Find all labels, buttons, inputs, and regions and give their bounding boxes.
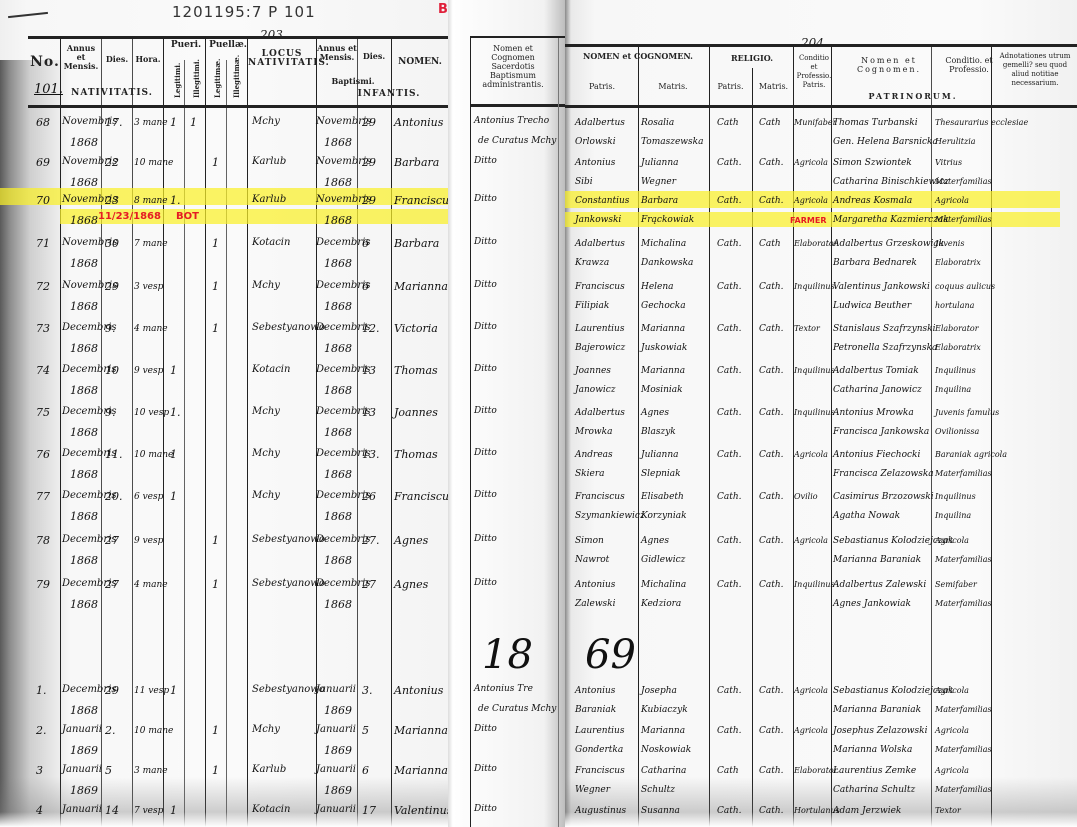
entry-number: 70 — [36, 194, 50, 207]
father-religion: Cath. — [717, 366, 742, 376]
birth-hour: 8 mane — [134, 196, 168, 206]
godfather-name: Adalbertus Tomiak — [833, 366, 919, 376]
father-first-name: Franciscus — [575, 766, 625, 776]
godmother-occupation: Materfamilias — [935, 555, 992, 564]
birth-day: 5 — [105, 764, 112, 777]
header-nomen: NOMEN. — [392, 58, 448, 67]
girl-legitimate: 1 — [212, 764, 219, 777]
baptism-month: Januarii — [316, 804, 356, 815]
father-religion: Cath — [717, 118, 739, 128]
godmother-occupation: Materfamilias — [935, 745, 992, 754]
infant-name: Marianna — [394, 280, 448, 293]
entry-number: 73 — [36, 322, 50, 335]
mother-religion: Cath. — [759, 196, 784, 206]
mother-surname: Schultz — [641, 785, 675, 795]
baptism-day: 29 — [362, 156, 376, 169]
priest-name: Ditto — [474, 724, 497, 734]
priest-name: Antonius Tre — [474, 684, 533, 694]
boy-legitimate: 1 — [170, 490, 177, 503]
birthplace: Mchy — [252, 490, 280, 501]
girl-legitimate: 1 — [212, 578, 219, 591]
boy-legitimate: 1 — [170, 364, 177, 377]
father-surname: Bajerowicz — [575, 343, 625, 353]
column-rule — [247, 38, 248, 827]
father-religion: Cath. — [717, 686, 742, 696]
godmother-name: Francisca Zelazowska — [833, 469, 934, 479]
header-nativitatis: NATIVITATIS. — [62, 89, 162, 98]
birthplace: Mchy — [252, 116, 280, 127]
baptism-year: 1868 — [324, 510, 352, 523]
godmother-occupation: Materfamilias — [935, 177, 992, 186]
mother-surname: Gidlewicz — [641, 555, 685, 565]
infant-name: Agnes — [394, 534, 428, 547]
priest-name: Ditto — [474, 194, 497, 204]
birth-hour: 6 vesp — [134, 492, 163, 502]
column-rule — [558, 38, 559, 827]
infant-name: Marianna — [394, 724, 448, 737]
baptism-year: 1868 — [324, 554, 352, 567]
godfather-name: Adam Jerzwiek — [833, 806, 901, 816]
header-locus: LOCUS NATIVITATIS. — [248, 50, 316, 68]
mother-first-name: Susanna — [641, 806, 680, 816]
girl-legitimate: 1 — [212, 156, 219, 169]
year-1869-left: 18 — [482, 632, 533, 678]
boy-illegitimate: 1 — [190, 116, 197, 129]
baptism-day: 12. — [362, 322, 380, 335]
father-first-name: Franciscus — [575, 282, 625, 292]
godfather-occupation: coquus aulicus — [935, 282, 995, 291]
header-bapt-annus: Annus et Mensis. — [316, 44, 358, 62]
column-rule — [752, 68, 753, 827]
column-rule — [831, 46, 832, 827]
godmother-name: Marianna Wolska — [833, 745, 912, 755]
infant-name: Franciscus — [394, 490, 448, 503]
birth-day: 30 — [105, 237, 119, 250]
header-patrini-conditio: Conditio. et Professio. — [945, 56, 993, 74]
father-religion: Cath. — [717, 806, 742, 816]
father-first-name: Adalbertus — [575, 408, 625, 418]
entry-number: 2. — [36, 724, 47, 737]
godmother-name: Agnes Jankowiak — [833, 599, 911, 609]
father-occupation: Munifaber — [794, 118, 836, 127]
baptism-year: 1869 — [324, 744, 352, 757]
godmother-name: Catharina Binischkiewicz — [833, 177, 949, 187]
godmother-name: Marianna Baraniak — [833, 705, 921, 715]
entry-number: 77 — [36, 490, 50, 503]
entry-number: 3 — [36, 764, 43, 777]
godmother-occupation: Materfamilias — [935, 215, 992, 224]
mother-surname: Slepniak — [641, 469, 681, 479]
entry-number: 72 — [36, 280, 50, 293]
godmother-name: Marianna Baraniak — [833, 555, 921, 565]
baptism-day: 5 — [362, 724, 369, 737]
red-note-code: BOT — [176, 211, 199, 222]
header-rel-matris: Matris. — [752, 82, 795, 91]
birth-day: 29 — [105, 684, 119, 697]
godmother-name: Barbara Bednarek — [833, 258, 917, 268]
birth-hour: 10 mane — [134, 158, 173, 168]
father-surname: Wegner — [575, 785, 610, 795]
birthplace: Karlub — [252, 156, 286, 167]
mother-surname: Dankowska — [641, 258, 693, 268]
mother-first-name: Michalina — [641, 580, 686, 590]
header-legitimi: Legitimi. — [173, 64, 182, 98]
mother-religion: Cath. — [759, 492, 784, 502]
birthplace: Karlub — [252, 194, 286, 205]
godfather-occupation: Agricola — [935, 686, 969, 695]
girl-legitimate: 1 — [212, 322, 219, 335]
baptism-year: 1868 — [324, 257, 352, 270]
father-religion: Cath. — [717, 450, 742, 460]
entry-number: 1. — [36, 684, 47, 697]
baptism-day: 29 — [362, 194, 376, 207]
birth-hour: 4 mane — [134, 580, 168, 590]
godfather-name: Antonius Fiechocki — [833, 450, 920, 460]
baptism-year: 1868 — [324, 136, 352, 149]
godmother-name: Ludwica Beuther — [833, 301, 911, 311]
birth-year: 1868 — [70, 554, 98, 567]
header-infantis: INFANTIS. — [330, 90, 448, 99]
mother-surname: Noskowiak — [641, 745, 691, 755]
father-religion: Cath. — [717, 239, 742, 249]
girl-legitimate: 1 — [212, 724, 219, 737]
birth-hour: 3 mane — [134, 118, 168, 128]
mother-first-name: Elisabeth — [641, 492, 684, 502]
birth-year: 1868 — [70, 257, 98, 270]
priest-column-strip: Nomen et Cognomen Sacerdotis Baptismum a… — [460, 0, 565, 827]
infant-name: Marianna — [394, 764, 448, 777]
birthplace: Sebestyanowo — [252, 534, 325, 545]
father-first-name: Adalbertus — [575, 239, 625, 249]
baptism-day: 13. — [362, 448, 380, 461]
father-surname: Jankowski — [575, 215, 621, 225]
boy-legitimate: 1. — [170, 194, 181, 207]
infant-name: Joannes — [394, 406, 438, 419]
priest-name: Ditto — [474, 322, 497, 332]
godmother-occupation: Materfamilias — [935, 705, 992, 714]
mother-surname: Tomaszewska — [641, 137, 703, 147]
mother-first-name: Agnes — [641, 536, 669, 546]
priest-name: Ditto — [474, 237, 497, 247]
mother-religion: Cath. — [759, 686, 784, 696]
header-dies: Dies. — [102, 55, 132, 64]
infant-name: Valentinus — [394, 804, 448, 817]
priest-name: Ditto — [474, 280, 497, 290]
header-patrini-nomen: Nomen et Cognomen. — [833, 56, 945, 74]
column-rule — [163, 38, 164, 827]
godfather-name: Antonius Mrowka — [833, 408, 914, 418]
father-occupation: Inquilinus — [794, 408, 835, 417]
header-patris: Patris. — [567, 82, 637, 91]
entry-number: 76 — [36, 448, 50, 461]
father-religion: Cath. — [717, 408, 742, 418]
header-illegitimi: Illegitimi. — [192, 64, 201, 98]
baptism-day: 13 — [362, 364, 376, 377]
birth-hour: 9 vesp — [134, 366, 163, 376]
film-reference-number: 1201195:7 P 101 — [172, 3, 316, 21]
infant-name: Thomas — [394, 364, 438, 377]
father-first-name: Franciscus — [575, 492, 625, 502]
father-religion: Cath. — [717, 158, 742, 168]
baptism-year: 1868 — [324, 300, 352, 313]
birth-hour: 3 vesp — [134, 282, 163, 292]
father-occupation: Agricola — [794, 686, 828, 695]
godfather-occupation: Vitrius — [935, 158, 962, 167]
mother-religion: Cath. — [759, 324, 784, 334]
father-surname: Szymankiewicz — [575, 511, 645, 521]
baptism-day: 27. — [362, 534, 380, 547]
father-first-name: Andreas — [575, 450, 613, 460]
priest-name: Ditto — [474, 364, 497, 374]
mother-religion: Cath. — [759, 766, 784, 776]
godfather-occupation: Juvenis famulus — [935, 408, 999, 417]
boy-legitimate: 1 — [170, 448, 177, 461]
mother-surname: Mosiniak — [641, 385, 683, 395]
father-religion: Cath. — [717, 324, 742, 334]
baptism-day: 3. — [362, 684, 373, 697]
mother-first-name: Julianna — [641, 158, 679, 168]
birth-year: 1868 — [70, 598, 98, 611]
mother-religion: Cath. — [759, 158, 784, 168]
godfather-name: Adalbertus Zalewski — [833, 580, 926, 590]
header-hora: Hora. — [134, 55, 162, 64]
infant-name: Agnes — [394, 578, 428, 591]
godfather-name: Andreas Kosmala — [833, 196, 912, 206]
column-rule — [709, 46, 710, 827]
father-occupation: Agricola — [794, 450, 828, 459]
godfather-occupation: Agricola — [935, 726, 969, 735]
birth-year: 1868 — [70, 704, 98, 717]
birthplace: Kotacin — [252, 364, 290, 375]
baptism-year: 1869 — [324, 704, 352, 717]
header-baptismi: Baptismi. — [316, 77, 390, 86]
godmother-name: Margaretha Kazmierczak — [833, 215, 949, 225]
father-occupation: Ovilio — [794, 492, 818, 501]
father-surname: Filipiak — [575, 301, 609, 311]
mother-surname: Korzyniak — [641, 511, 687, 521]
baptism-year: 1868 — [324, 342, 352, 355]
father-religion: Cath. — [717, 282, 742, 292]
mother-surname: Frąckowiak — [641, 215, 694, 225]
boy-legitimate: 1 — [170, 684, 177, 697]
birthplace: Kotacin — [252, 804, 290, 815]
godfather-occupation: Textor — [935, 806, 961, 815]
godmother-name: Catharina Janowicz — [833, 385, 922, 395]
birth-day: 9. — [105, 406, 116, 419]
birth-day: 11. — [105, 448, 123, 461]
birthplace: Karlub — [252, 764, 286, 775]
godfather-name: Simon Szwiontek — [833, 158, 912, 168]
birth-year: 1868 — [70, 214, 98, 227]
birth-month: Januarii — [62, 724, 102, 735]
father-first-name: Joannes — [575, 366, 611, 376]
father-occupation: Inquilinus — [794, 580, 835, 589]
mother-religion: Cath — [759, 239, 781, 249]
father-surname: Sibi — [575, 177, 593, 187]
infant-name: Barbara — [394, 156, 439, 169]
column-rule — [931, 46, 932, 827]
birthplace: Kotacin — [252, 237, 290, 248]
birth-year: 1868 — [70, 510, 98, 523]
birth-day: 23 — [105, 194, 119, 207]
father-occupation: Inquilinus — [794, 366, 835, 375]
birthplace: Sebestyanowo — [252, 578, 325, 589]
baptism-year: 1868 — [324, 598, 352, 611]
godfather-occupation: Inquilinus — [935, 366, 976, 375]
godmother-occupation: Inquilina — [935, 385, 971, 394]
father-surname: Mrowka — [575, 427, 612, 437]
godmother-occupation: Ovilionissa — [935, 427, 979, 436]
father-first-name: Laurentius — [575, 726, 624, 736]
godmother-occupation: Materfamilias — [935, 469, 992, 478]
godmother-name: Gen. Helena Barsnicka — [833, 137, 938, 147]
baptism-year: 1868 — [324, 468, 352, 481]
mother-religion: Cath — [759, 118, 781, 128]
father-first-name: Antonius — [575, 580, 615, 590]
header-patrinorum: PATRINORUM. — [833, 92, 993, 101]
father-surname: Baraniak — [575, 705, 616, 715]
father-first-name: Antonius — [575, 158, 615, 168]
birth-year: 1869 — [70, 784, 98, 797]
birth-day: 27 — [105, 578, 119, 591]
header-religio: RELIGIO. — [709, 54, 795, 63]
godfather-occupation: Agricola — [935, 536, 969, 545]
birth-day: 9. — [105, 322, 116, 335]
entry-number: 79 — [36, 578, 50, 591]
boy-legitimate: 1 — [170, 116, 177, 129]
priest-title: de Curatus Mchy — [478, 704, 556, 714]
infant-name: Antonius — [394, 684, 443, 697]
birthplace: Mchy — [252, 448, 280, 459]
godmother-name: Francisca Jankowska — [833, 427, 929, 437]
father-first-name: Augustinus — [575, 806, 626, 816]
godmother-name: Petronella Szafrzynska — [833, 343, 937, 353]
infant-name: Antonius — [394, 116, 443, 129]
baptism-day: 6 — [362, 237, 369, 250]
priest-title: de Curatus Mchy — [478, 136, 556, 146]
father-occupation: Agricola — [794, 158, 828, 167]
baptism-year: 1868 — [324, 214, 352, 227]
baptism-day: 6 — [362, 280, 369, 293]
mother-surname: Blaszyk — [641, 427, 676, 437]
birth-day: 27 — [105, 534, 119, 547]
father-surname: Gondertka — [575, 745, 623, 755]
birthplace: Sebestyanowo — [252, 684, 325, 695]
register-number: 101. — [34, 82, 63, 97]
godmother-name: Agatha Nowak — [833, 511, 900, 521]
mother-religion: Cath. — [759, 408, 784, 418]
father-surname: Orlowski — [575, 137, 616, 147]
father-first-name: Simon — [575, 536, 604, 546]
birth-day: 14 — [105, 804, 119, 817]
godmother-name: Catharina Schultz — [833, 785, 915, 795]
father-occupation: Elaborator — [794, 766, 838, 775]
year-1869-right: 69 — [585, 632, 636, 678]
godfather-occupation: Agricola — [935, 196, 969, 205]
birth-year: 1868 — [70, 342, 98, 355]
father-surname: Zalewski — [575, 599, 615, 609]
page-gutter — [448, 0, 460, 827]
priest-name: Ditto — [474, 448, 497, 458]
father-occupation: Agricola — [794, 196, 828, 205]
mother-religion: Cath. — [759, 282, 784, 292]
boy-legitimate: 1. — [170, 406, 181, 419]
godfather-name: Valentinus Jankowski — [833, 282, 930, 292]
birth-hour: 10 vesp — [134, 408, 169, 418]
header-rel-patris: Patris. — [709, 82, 752, 91]
column-rule — [226, 60, 227, 827]
godfather-name: Stanislaus Szafrzynski — [833, 324, 935, 334]
mother-religion: Cath. — [759, 366, 784, 376]
birth-year: 1868 — [70, 136, 98, 149]
birth-hour: 11 vesp — [134, 686, 169, 696]
birthplace: Sebestyanowo — [252, 322, 325, 333]
father-occupation: Elaborator — [794, 239, 838, 248]
priest-name: Ditto — [474, 156, 497, 166]
mother-religion: Cath. — [759, 580, 784, 590]
mother-first-name: Josepha — [641, 686, 677, 696]
birth-year: 1868 — [70, 384, 98, 397]
baptism-year: 1868 — [324, 426, 352, 439]
father-first-name: Laurentius — [575, 324, 624, 334]
birth-day: 2. — [105, 724, 116, 737]
header-legitimae: Legitimæ. — [213, 64, 222, 98]
mother-surname: Kubiaczyk — [641, 705, 688, 715]
column-rule — [391, 38, 392, 827]
baptism-day: 29 — [362, 116, 376, 129]
priest-name: Antonius Trecho — [474, 116, 549, 126]
godmother-occupation: Materfamilias — [935, 785, 992, 794]
birthplace: Mchy — [252, 724, 280, 735]
birth-day: 10 — [105, 364, 119, 377]
father-first-name: Antonius — [575, 686, 615, 696]
mother-religion: Cath. — [759, 726, 784, 736]
godfather-name: Adalbertus Grzeskowiak — [833, 239, 944, 249]
father-first-name: Adalbertus — [575, 118, 625, 128]
father-first-name: Constantius — [575, 196, 629, 206]
godmother-occupation: Inquilina — [935, 511, 971, 520]
red-note-date: 11/23/1868 — [98, 211, 161, 222]
priest-name: Ditto — [474, 534, 497, 544]
baptism-day: 6 — [362, 764, 369, 777]
baptism-year: 1868 — [324, 176, 352, 189]
header-matris: Matris. — [637, 82, 709, 91]
godfather-occupation: Inquilinus — [935, 492, 976, 501]
priest-name: Ditto — [474, 490, 497, 500]
entry-number: 75 — [36, 406, 50, 419]
boy-legitimate: 1 — [170, 804, 177, 817]
baptism-year: 1868 — [324, 384, 352, 397]
priest-name: Ditto — [474, 406, 497, 416]
godmother-occupation: hortulana — [935, 301, 974, 310]
girl-legitimate: 1 — [212, 237, 219, 250]
mother-first-name: Marianna — [641, 324, 685, 334]
father-surname: Janowicz — [575, 385, 616, 395]
godfather-occupation: Semifaber — [935, 580, 977, 589]
father-religion: Cath. — [717, 580, 742, 590]
godfather-occupation: Elaborator — [935, 324, 979, 333]
baptism-month: Januarii — [316, 764, 356, 775]
father-religion: Cath. — [717, 726, 742, 736]
birth-hour: 10 mane — [134, 450, 173, 460]
entry-number: 69 — [36, 156, 50, 169]
header-no: No. — [30, 58, 60, 67]
header-illegitimae: Illegitimæ. — [232, 64, 241, 98]
birthplace: Mchy — [252, 406, 280, 417]
godmother-occupation: Materfamilias — [935, 599, 992, 608]
header-adnotationes: Adnotationes utrum gemelli? seu quod ali… — [995, 52, 1075, 88]
entry-number: 71 — [36, 237, 50, 250]
